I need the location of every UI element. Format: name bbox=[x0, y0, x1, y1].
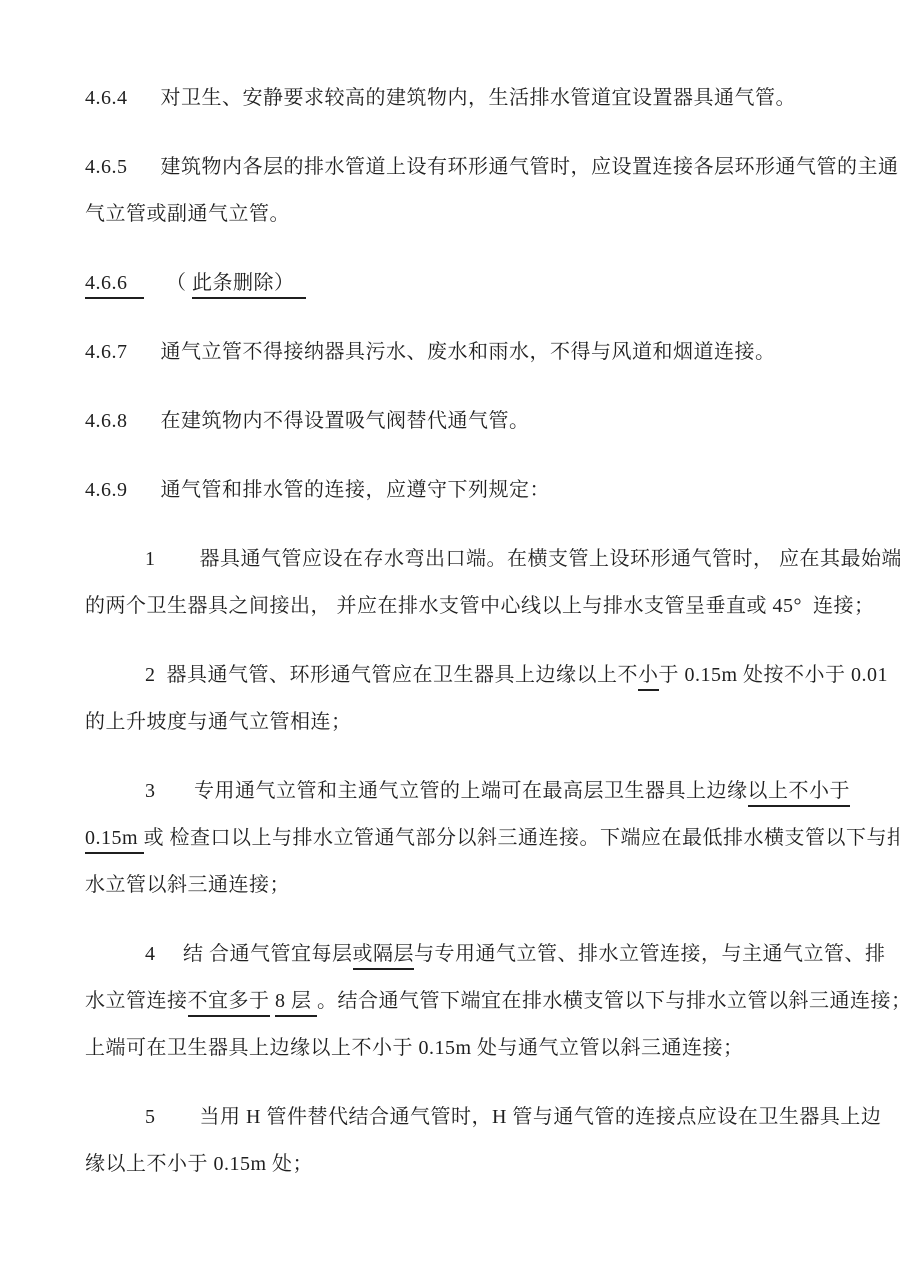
text-segment: 水立管以斜三通连接； bbox=[85, 874, 290, 896]
underlined-text: 4.6.6 bbox=[85, 272, 144, 299]
paragraph-clause-4-6-9-item-2: 2 器具通气管、环形通气管应在卫生器具上边缘以上不小于 0.15m 处按不小于 … bbox=[85, 652, 815, 746]
text-line: 4.6.5 建筑物内各层的排水管道上设有环形通气管时，应设置连接各层环形通气管的… bbox=[85, 144, 815, 191]
text-segment: 水立管连接 bbox=[85, 990, 188, 1012]
text-segment: 4.6.4 对卫生、安静要求较高的建筑物内，生活排水管道宜设置器具通气管。 bbox=[85, 87, 796, 109]
paragraph-clause-4-6-6: 4.6.6 （ 此条删除） bbox=[85, 260, 815, 307]
underlined-text: 0.15m bbox=[85, 827, 144, 854]
underlined-text: 不宜多于 bbox=[188, 990, 270, 1017]
text-line: 5 当用 H 管件替代结合通气管时，H 管与通气管的连接点应设在卫生器具上边 bbox=[85, 1094, 815, 1141]
text-line: 水立管以斜三通连接； bbox=[85, 862, 815, 909]
document-body: 4.6.4 对卫生、安静要求较高的建筑物内，生活排水管道宜设置器具通气管。4.6… bbox=[85, 75, 815, 1188]
text-segment: 或 检查口以上与排水立管通气部分以斜三通连接。下端应在最低排水横支管以下与排 bbox=[144, 827, 900, 849]
text-segment: 1 器具通气管应设在存水弯出口端。在横支管上设环形通气管时， 应在其最始端 bbox=[145, 548, 900, 570]
text-segment: 的两个卫生器具之间接出， 并应在排水支管中心线以上与排水支管呈垂直或 45° 连… bbox=[85, 595, 875, 617]
text-line: 的上升坡度与通气立管相连； bbox=[85, 699, 815, 746]
text-line: 0.15m 或 检查口以上与排水立管通气部分以斜三通连接。下端应在最低排水横支管… bbox=[85, 815, 815, 862]
text-line: 的两个卫生器具之间接出， 并应在排水支管中心线以上与排水支管呈垂直或 45° 连… bbox=[85, 583, 815, 630]
underlined-text: 8 层 bbox=[275, 990, 317, 1017]
text-segment: 4 结 合通气管宜每层 bbox=[145, 943, 353, 965]
text-segment: 与专用通气立管、排水立管连接，与主通气立管、排 bbox=[414, 943, 886, 965]
underlined-text: 小 bbox=[638, 664, 659, 691]
paragraph-clause-4-6-4: 4.6.4 对卫生、安静要求较高的建筑物内，生活排水管道宜设置器具通气管。 bbox=[85, 75, 815, 122]
text-segment: 于 0.15m 处按不小于 0.01 bbox=[659, 664, 889, 686]
text-segment: 5 当用 H 管件替代结合通气管时，H 管与通气管的连接点应设在卫生器具上边 bbox=[145, 1106, 881, 1128]
underlined-text: 此条删除） bbox=[192, 272, 306, 299]
paragraph-clause-4-6-9-item-5: 5 当用 H 管件替代结合通气管时，H 管与通气管的连接点应设在卫生器具上边缘以… bbox=[85, 1094, 815, 1188]
underlined-text: 或隔层 bbox=[353, 943, 415, 970]
text-line: 上端可在卫生器具上边缘以上不小于 0.15m 处与通气立管以斜三通连接； bbox=[85, 1025, 815, 1072]
text-segment: 2 器具通气管、环形通气管应在卫生器具上边缘以上不 bbox=[145, 664, 638, 686]
paragraph-clause-4-6-7: 4.6.7 通气立管不得接纳器具污水、废水和雨水，不得与风道和烟道连接。 bbox=[85, 329, 815, 376]
paragraph-clause-4-6-9-item-4: 4 结 合通气管宜每层或隔层与专用通气立管、排水立管连接，与主通气立管、排水立管… bbox=[85, 931, 815, 1072]
text-segment: 4.6.7 通气立管不得接纳器具污水、废水和雨水，不得与风道和烟道连接。 bbox=[85, 341, 776, 363]
text-segment: （ bbox=[144, 272, 192, 294]
paragraph-clause-4-6-9: 4.6.9 通气管和排水管的连接，应遵守下列规定： bbox=[85, 467, 815, 514]
text-line: 水立管连接不宜多于 8 层 。结合通气管下端宜在排水横支管以下与排水立管以斜三通… bbox=[85, 978, 815, 1025]
text-line: 气立管或副通气立管。 bbox=[85, 191, 815, 238]
text-segment: 的上升坡度与通气立管相连； bbox=[85, 711, 352, 733]
text-segment: 上端可在卫生器具上边缘以上不小于 0.15m 处与通气立管以斜三通连接； bbox=[85, 1037, 744, 1059]
text-line: 4.6.9 通气管和排水管的连接，应遵守下列规定： bbox=[85, 467, 815, 514]
paragraph-clause-4-6-9-item-1: 1 器具通气管应设在存水弯出口端。在横支管上设环形通气管时， 应在其最始端的两个… bbox=[85, 536, 815, 630]
paragraph-clause-4-6-9-item-3: 3 专用通气立管和主通气立管的上端可在最高层卫生器具上边缘以上不小于0.15m … bbox=[85, 768, 815, 909]
underlined-text: 以上不小于 bbox=[748, 780, 851, 807]
text-line: 1 器具通气管应设在存水弯出口端。在横支管上设环形通气管时， 应在其最始端 bbox=[85, 536, 815, 583]
text-line: 4 结 合通气管宜每层或隔层与专用通气立管、排水立管连接，与主通气立管、排 bbox=[85, 931, 815, 978]
text-segment: 4.6.5 建筑物内各层的排水管道上设有环形通气管时，应设置连接各层环形通气管的… bbox=[85, 156, 899, 178]
text-segment: 缘以上不小于 0.15m 处； bbox=[85, 1153, 313, 1175]
text-line: 4.6.7 通气立管不得接纳器具污水、废水和雨水，不得与风道和烟道连接。 bbox=[85, 329, 815, 376]
text-line: 3 专用通气立管和主通气立管的上端可在最高层卫生器具上边缘以上不小于 bbox=[85, 768, 815, 815]
text-segment: 4.6.9 通气管和排水管的连接，应遵守下列规定： bbox=[85, 479, 550, 501]
document-page: 4.6.4 对卫生、安静要求较高的建筑物内，生活排水管道宜设置器具通气管。4.6… bbox=[0, 0, 900, 1273]
text-segment: 。结合通气管下端宜在排水横支管以下与排水立管以斜三通连接； bbox=[317, 990, 900, 1012]
text-segment: 4.6.8 在建筑物内不得设置吸气阀替代通气管。 bbox=[85, 410, 530, 432]
text-line: 4.6.4 对卫生、安静要求较高的建筑物内，生活排水管道宜设置器具通气管。 bbox=[85, 75, 815, 122]
paragraph-clause-4-6-8: 4.6.8 在建筑物内不得设置吸气阀替代通气管。 bbox=[85, 398, 815, 445]
text-segment: 气立管或副通气立管。 bbox=[85, 203, 290, 225]
text-segment: 3 专用通气立管和主通气立管的上端可在最高层卫生器具上边缘 bbox=[145, 780, 748, 802]
paragraph-clause-4-6-5: 4.6.5 建筑物内各层的排水管道上设有环形通气管时，应设置连接各层环形通气管的… bbox=[85, 144, 815, 238]
text-line: 2 器具通气管、环形通气管应在卫生器具上边缘以上不小于 0.15m 处按不小于 … bbox=[85, 652, 815, 699]
text-line: 4.6.6 （ 此条删除） bbox=[85, 260, 815, 307]
text-line: 4.6.8 在建筑物内不得设置吸气阀替代通气管。 bbox=[85, 398, 815, 445]
text-line: 缘以上不小于 0.15m 处； bbox=[85, 1141, 815, 1188]
